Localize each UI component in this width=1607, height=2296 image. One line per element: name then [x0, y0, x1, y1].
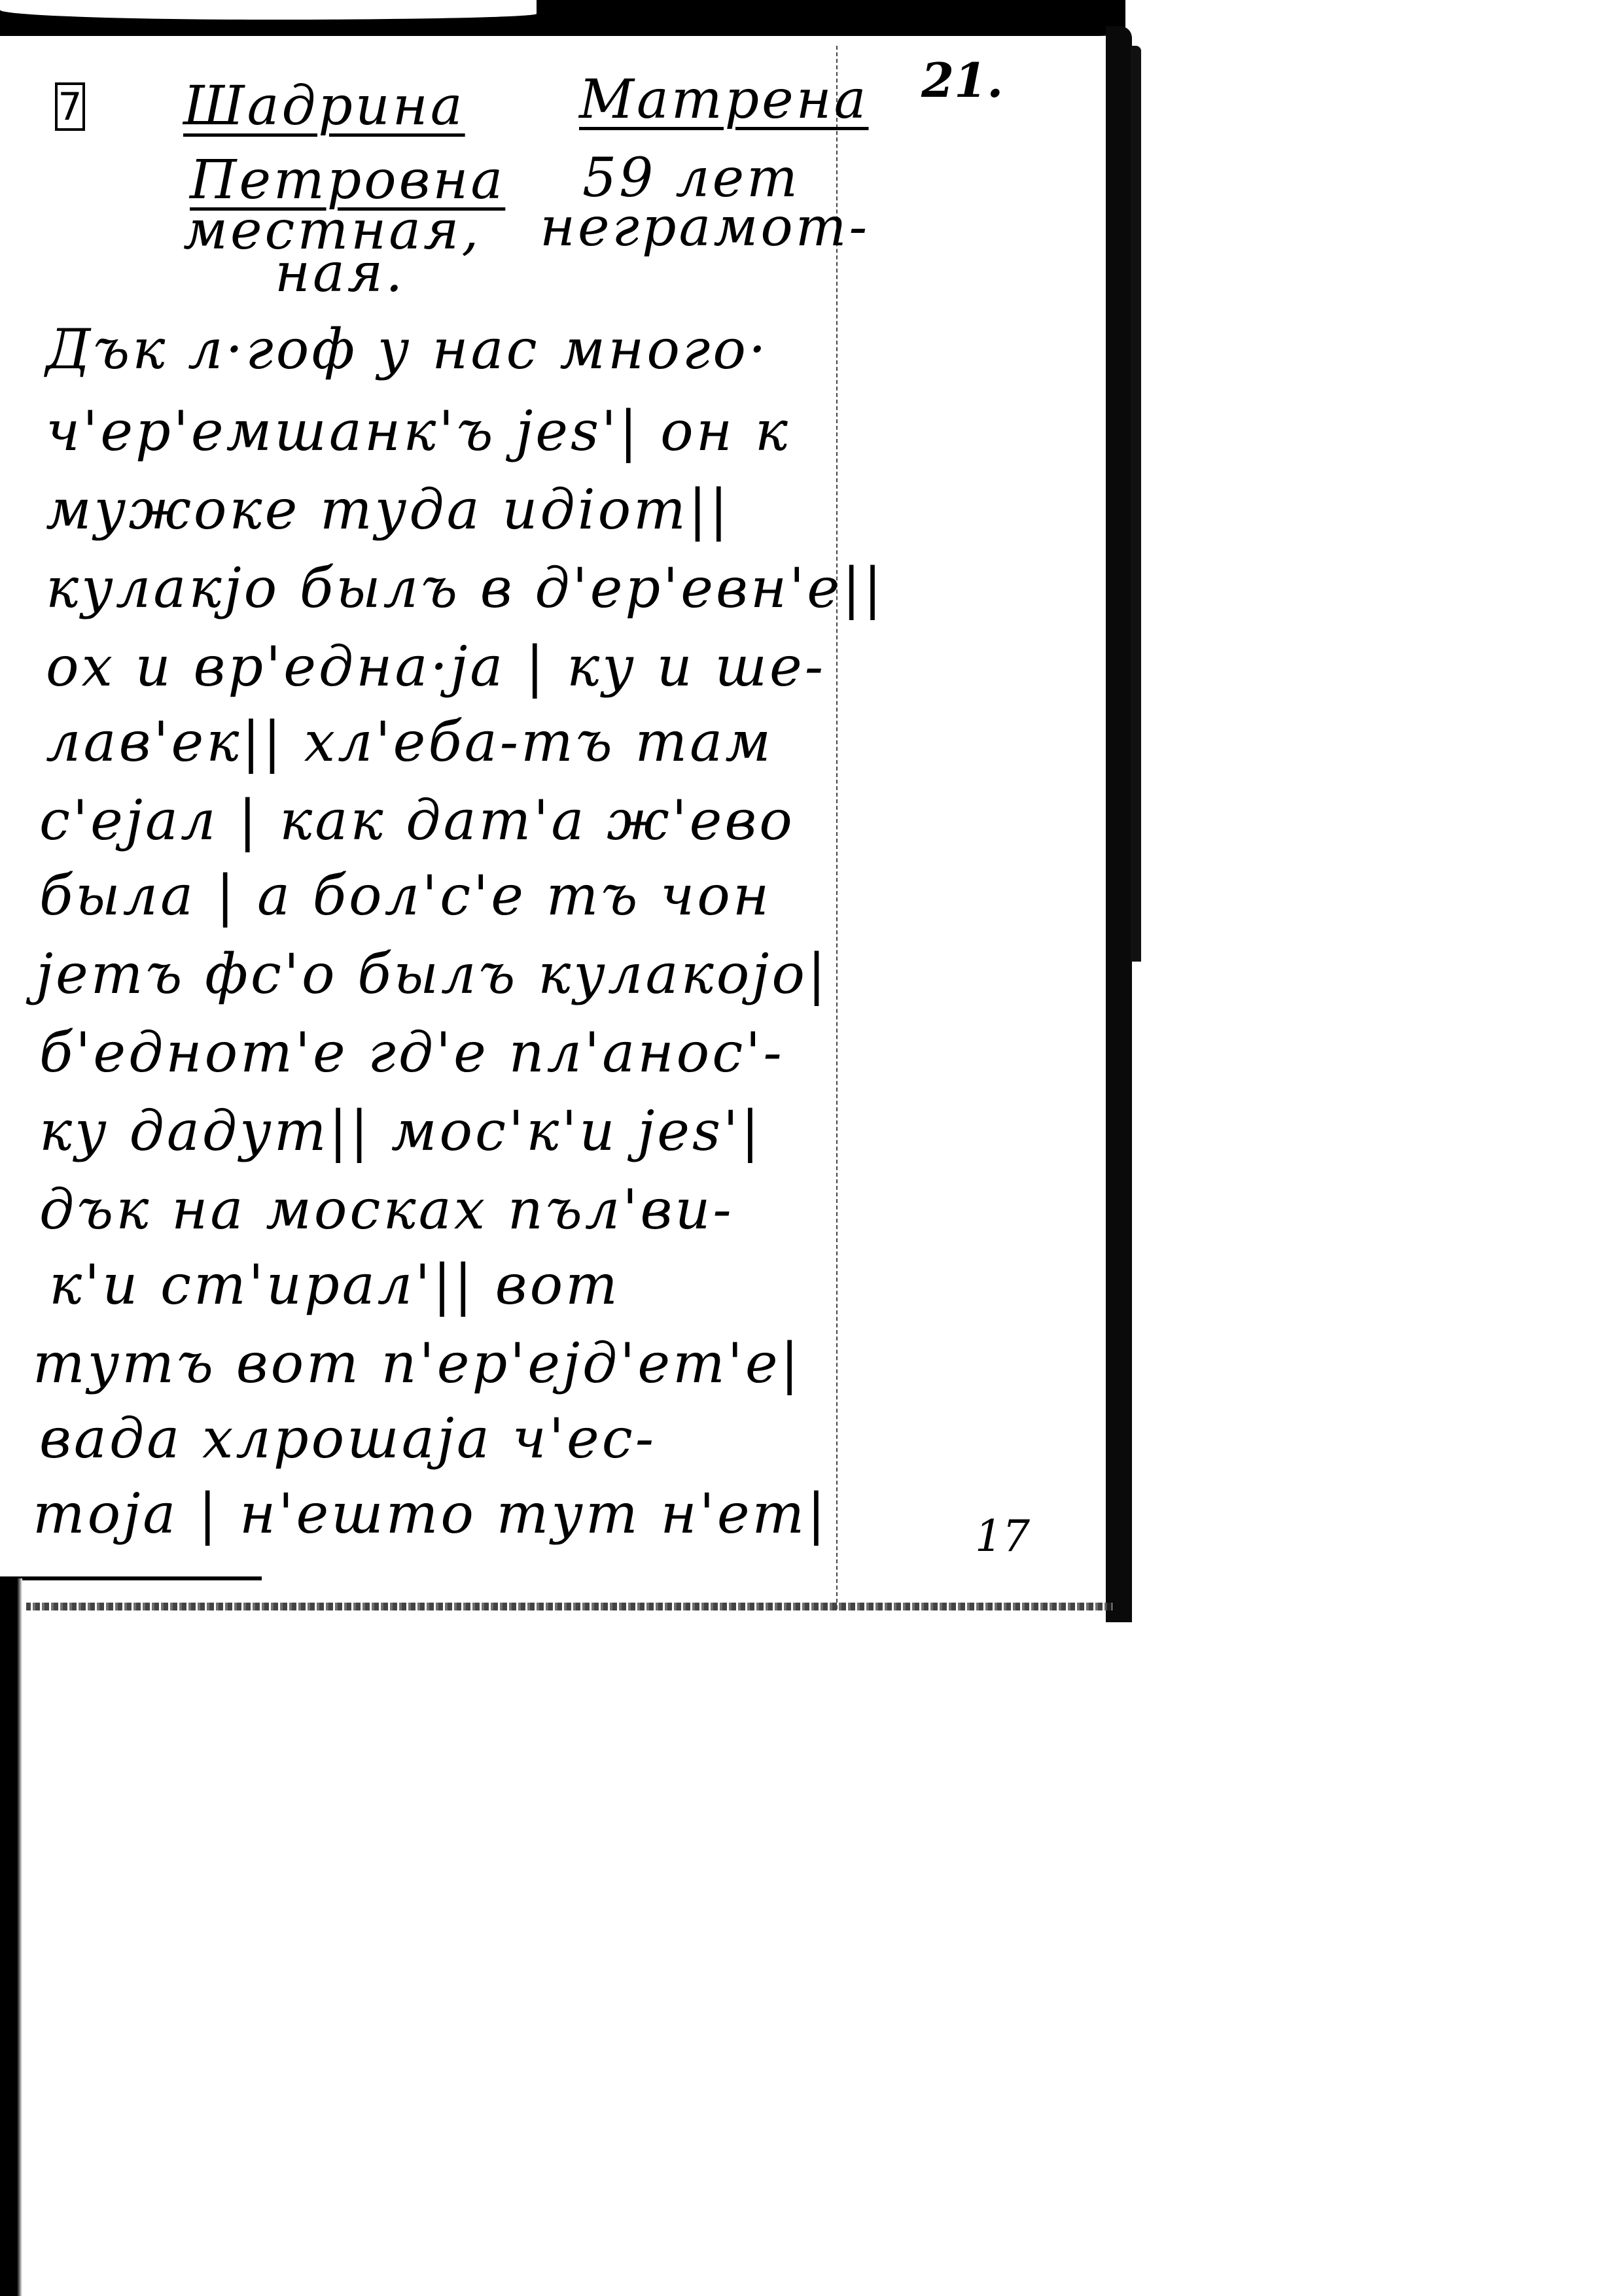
scan-top-curve	[0, 0, 537, 20]
body-line: тутъ вот п'ер'еjд'ет'е|	[33, 1331, 802, 1395]
body-line: б'еднот'е гд'е пл'анос'-	[39, 1020, 785, 1085]
body-line: дък на москах пъл'ви-	[39, 1177, 734, 1242]
left-binding-top	[0, 1576, 262, 1580]
body-line: ку дадут|| мос'к'и jes'|	[39, 1099, 762, 1163]
header-given-name: Матрена	[579, 69, 869, 131]
body-line: ч'ер'емшанк'ъ jes'| он к	[46, 399, 790, 463]
body-line: тоjа | н'ешто тут н'ет|	[33, 1482, 828, 1546]
body-line: вада хлрошаjа ч'ес-	[39, 1406, 656, 1470]
header-surname: Шадрина	[183, 75, 465, 137]
header-literacy: неграмот-	[540, 196, 870, 258]
page-number: 21.	[921, 52, 1003, 108]
body-line: с'еjал | как дат'а ж'ево	[39, 788, 795, 852]
footer-mark: 17	[975, 1511, 1030, 1561]
margin-line	[836, 46, 838, 1609]
body-line: к'и ст'ирал'|| вот	[49, 1253, 620, 1317]
left-binding	[0, 1578, 22, 2296]
body-line: лав'ек|| хл'еба-тъ там	[46, 710, 773, 774]
body-line: мужоке туда идiот||	[46, 478, 730, 542]
body-line: ох и вр'една·jа | ку и ше-	[46, 635, 826, 699]
body-line: кулакjо былъ в д'ер'евн'е||	[46, 556, 885, 620]
body-line: jетъ фс'о былъ кулакоjо|	[36, 942, 828, 1006]
header-literacy-cont: ная.	[275, 242, 405, 304]
book-right-edge	[1106, 26, 1132, 1622]
book-right-edge-inner	[1131, 46, 1141, 962]
body-line: была | а бол'с'е тъ чон	[39, 863, 771, 928]
book-bottom-edge	[26, 1603, 1112, 1610]
entry-number-box: 7	[55, 82, 85, 131]
body-line: Дък л·гоф у нас много·	[46, 317, 769, 381]
